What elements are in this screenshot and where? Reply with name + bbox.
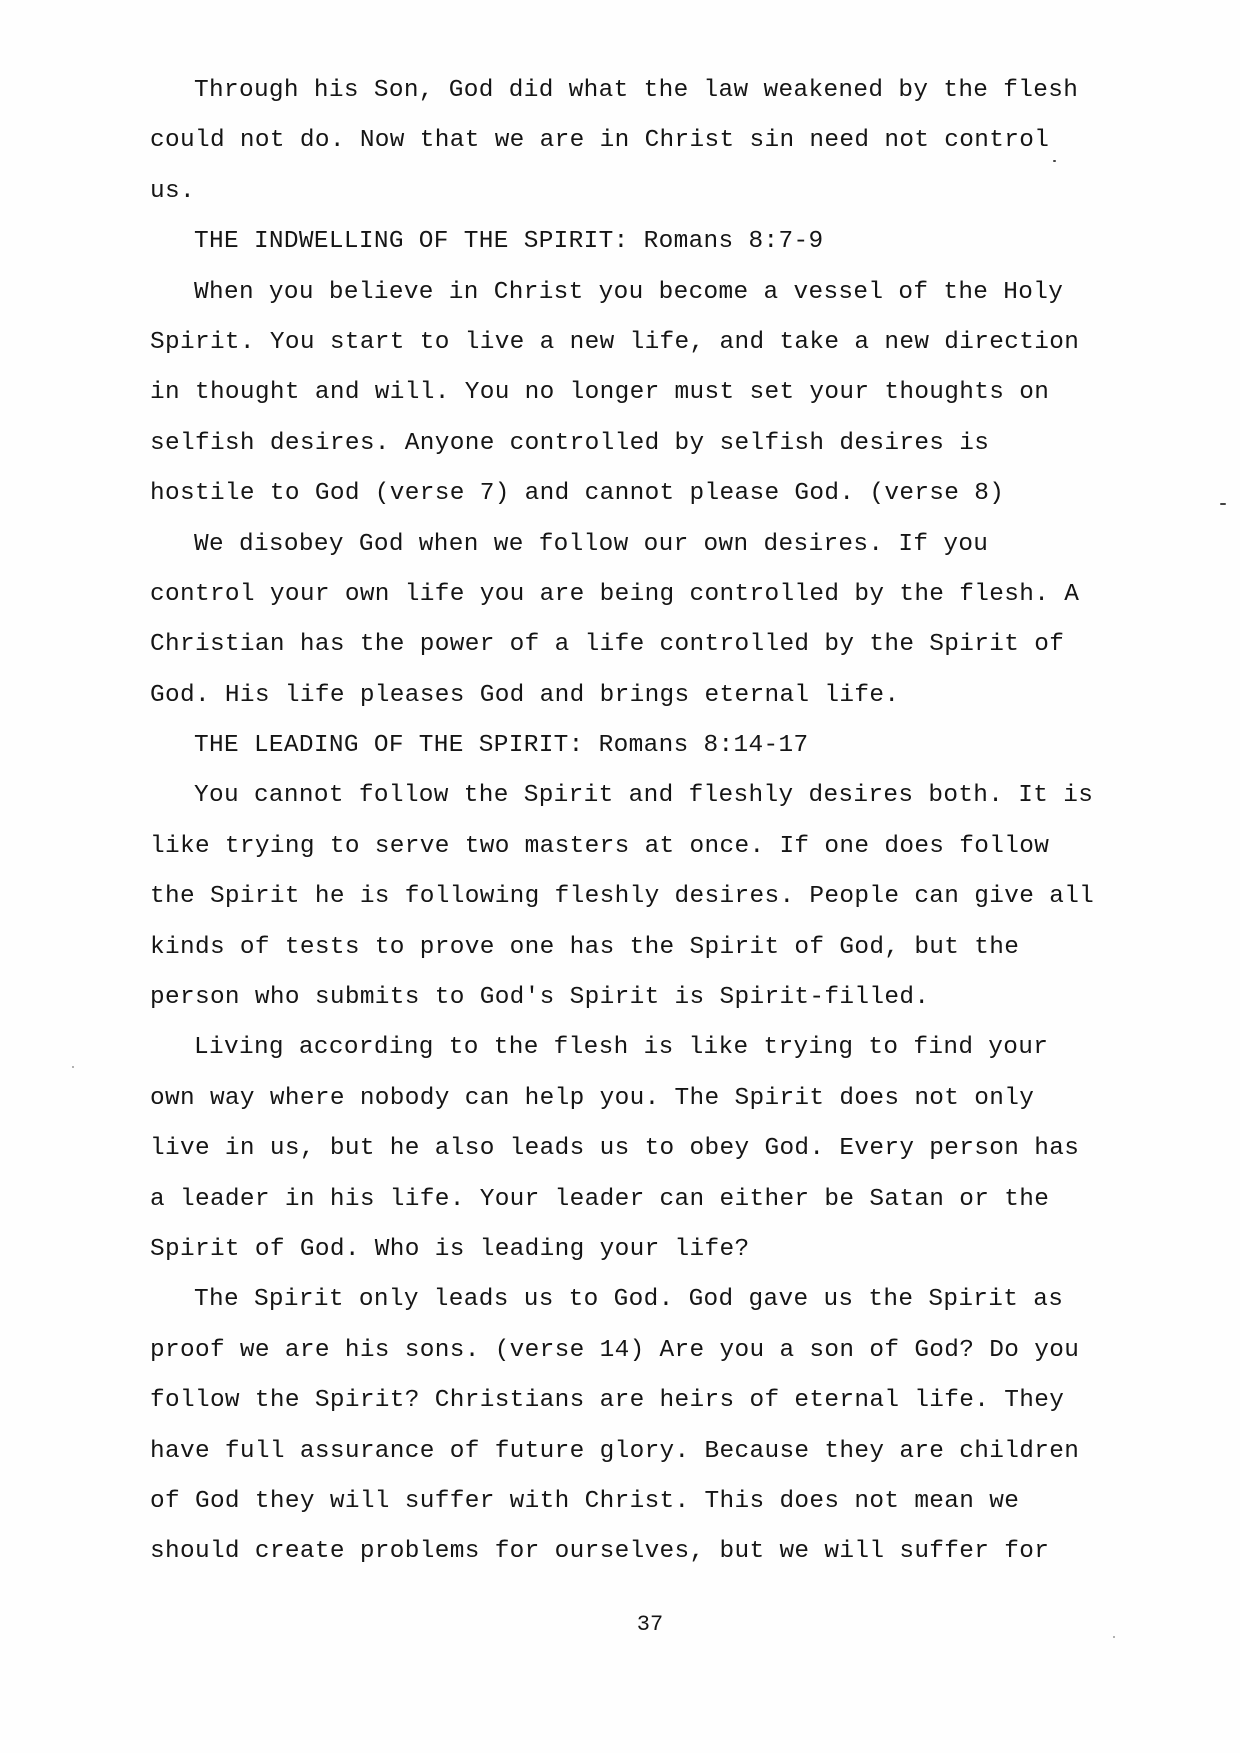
text-line: When you believe in Christ you become a …	[150, 268, 1110, 318]
section-heading: THE INDWELLING OF THE SPIRIT: Romans 8:7…	[150, 217, 1110, 267]
text-line: Spirit. You start to live a new life, an…	[150, 318, 1110, 368]
scan-speck	[1053, 160, 1056, 162]
scanned-page: Through his Son, God did what the law we…	[0, 0, 1240, 1753]
text-line: proof we are his sons. (verse 14) Are yo…	[150, 1326, 1110, 1376]
text-line: Spirit of God. Who is leading your life?	[150, 1225, 1110, 1275]
text-line: live in us, but he also leads us to obey…	[150, 1124, 1110, 1174]
text-line: kinds of tests to prove one has the Spir…	[150, 923, 1110, 973]
text-line: selfish desires. Anyone controlled by se…	[150, 419, 1110, 469]
text-line: Living according to the flesh is like tr…	[150, 1023, 1110, 1073]
text-line: of God they will suffer with Christ. Thi…	[150, 1477, 1110, 1527]
section-heading: THE LEADING OF THE SPIRIT: Romans 8:14-1…	[150, 721, 1110, 771]
text-line: follow the Spirit? Christians are heirs …	[150, 1376, 1110, 1426]
text-line: us.	[150, 167, 1110, 217]
text-line: person who submits to God's Spirit is Sp…	[150, 973, 1110, 1023]
scan-speck	[1113, 1636, 1115, 1638]
text-line: God. His life pleases God and brings ete…	[150, 671, 1110, 721]
text-line: a leader in his life. Your leader can ei…	[150, 1175, 1110, 1225]
text-line: control your own life you are being cont…	[150, 570, 1110, 620]
text-line: The Spirit only leads us to God. God gav…	[150, 1275, 1110, 1325]
text-line: Through his Son, God did what the law we…	[150, 66, 1110, 116]
page-number: 37	[0, 1612, 1240, 1637]
body-text: Through his Son, God did what the law we…	[150, 66, 1110, 1578]
text-line: own way where nobody can help you. The S…	[150, 1074, 1110, 1124]
text-line: You cannot follow the Spirit and fleshly…	[150, 771, 1110, 821]
text-line: have full assurance of future glory. Bec…	[150, 1427, 1110, 1477]
text-line: should create problems for ourselves, bu…	[150, 1527, 1110, 1577]
text-line: We disobey God when we follow our own de…	[150, 520, 1110, 570]
scan-speck	[72, 1066, 74, 1068]
text-line: Christian has the power of a life contro…	[150, 620, 1110, 670]
text-line: the Spirit he is following fleshly desir…	[150, 872, 1110, 922]
text-line: like trying to serve two masters at once…	[150, 822, 1110, 872]
text-line: could not do. Now that we are in Christ …	[150, 116, 1110, 166]
scan-speck	[1220, 503, 1226, 505]
text-line: in thought and will. You no longer must …	[150, 368, 1110, 418]
text-line: hostile to God (verse 7) and cannot plea…	[150, 469, 1110, 519]
